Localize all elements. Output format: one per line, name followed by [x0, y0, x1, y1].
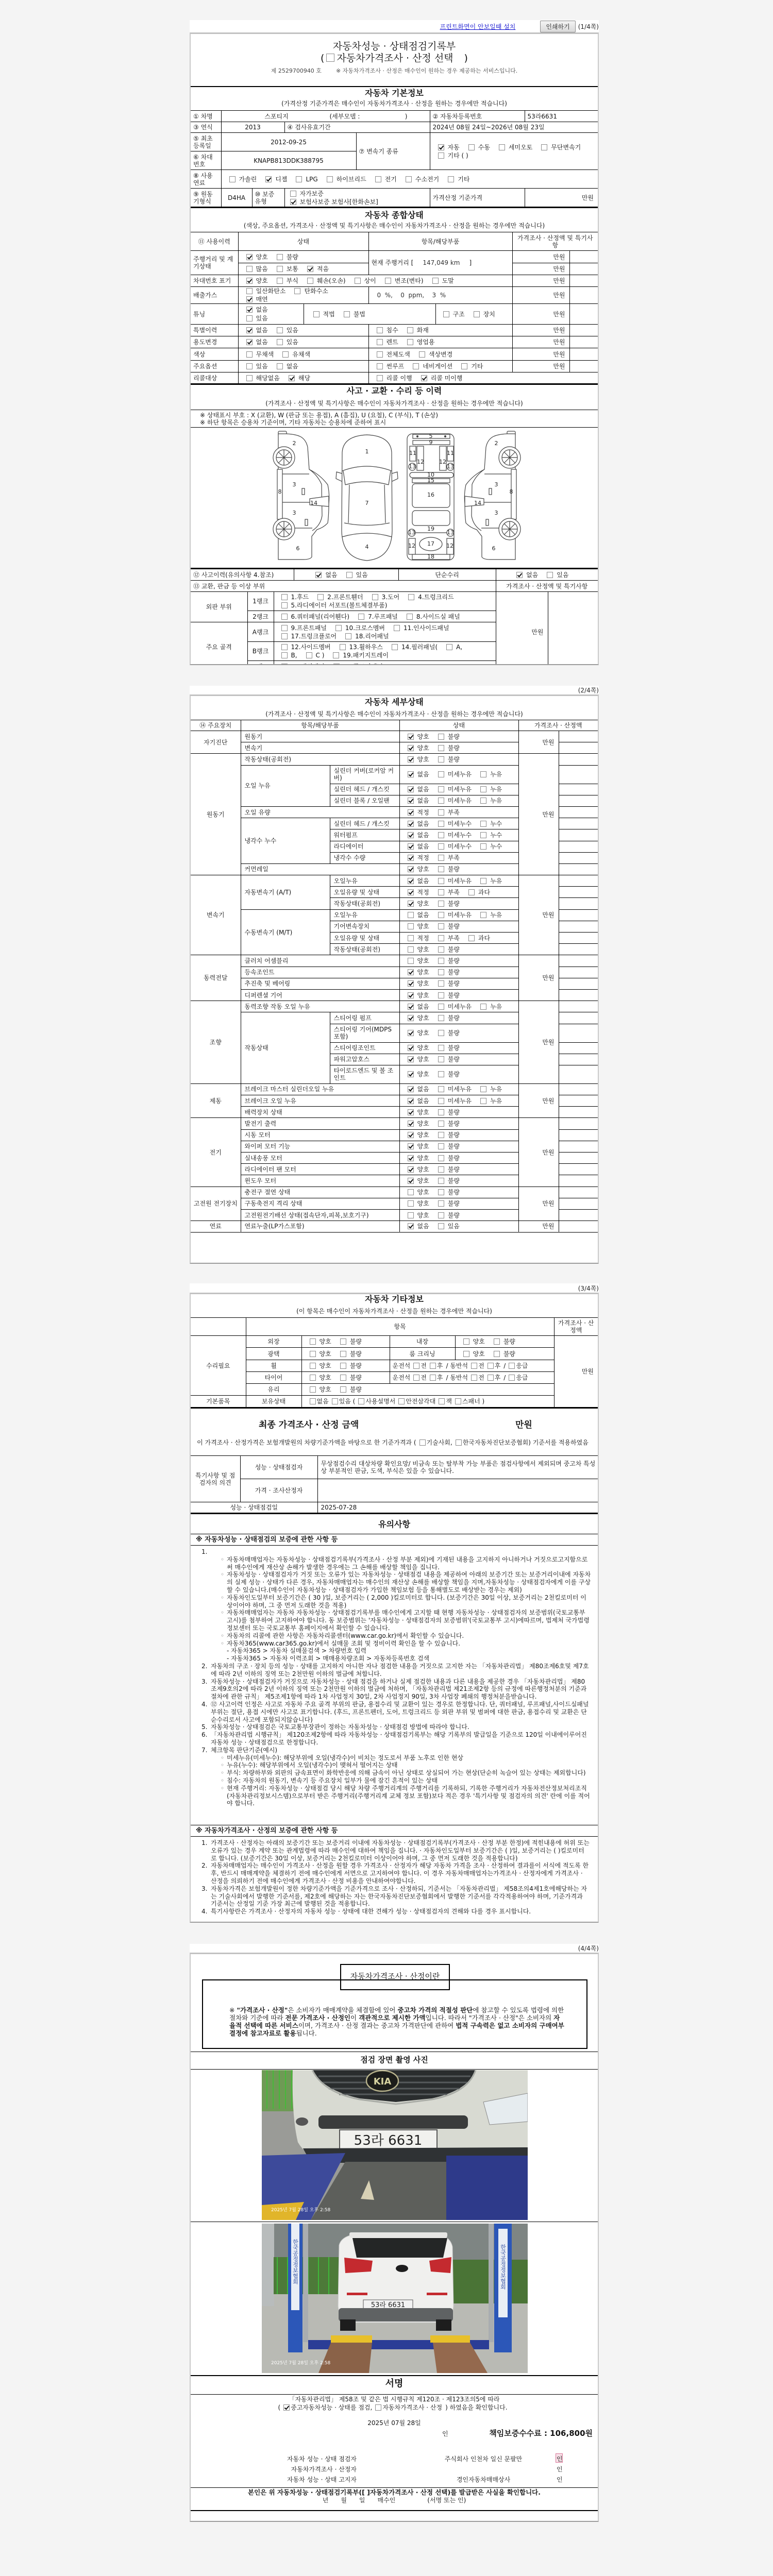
checkbox-option[interactable]: 4.트렁크리드	[408, 593, 453, 601]
checkbox-empty-icon[interactable]	[509, 1363, 515, 1369]
checkbox-option[interactable]: 기타	[461, 362, 483, 370]
checkbox-empty-icon[interactable]	[438, 1121, 444, 1127]
checkbox-empty-icon[interactable]	[408, 923, 414, 929]
checkbox-option[interactable]: 미세누수	[438, 831, 472, 839]
checkbox-empty-icon[interactable]	[344, 311, 350, 317]
checkbox-checked-icon[interactable]	[246, 339, 253, 345]
checkbox-option[interactable]: 없음	[408, 1222, 429, 1230]
checkbox-option[interactable]: 불량	[438, 755, 460, 764]
checkbox-empty-icon[interactable]	[281, 625, 288, 631]
checkbox-option[interactable]: 불량	[340, 1362, 362, 1370]
checkbox-empty-icon[interactable]	[438, 832, 444, 838]
checkbox-empty-icon[interactable]	[281, 594, 288, 600]
checkbox-empty-icon[interactable]	[355, 278, 361, 284]
checkbox-option[interactable]: 있음	[547, 571, 568, 579]
checkbox-option[interactable]: 변조(변타)	[385, 277, 424, 285]
checkbox-checked-icon[interactable]	[246, 254, 253, 260]
checkbox-empty-icon[interactable]	[408, 935, 414, 941]
checkbox-checked-icon[interactable]	[408, 855, 414, 861]
checkbox-empty-icon[interactable]	[281, 602, 288, 608]
checkbox-option[interactable]: 2.프론트휀더	[317, 593, 363, 601]
checkbox-empty-icon[interactable]	[310, 1351, 316, 1357]
checkbox-empty-icon[interactable]	[385, 278, 391, 284]
checkbox-checked-icon[interactable]	[265, 176, 272, 182]
checkbox-option[interactable]: 양호	[408, 1199, 429, 1208]
checkbox-option[interactable]: 없음	[408, 796, 429, 805]
checkbox-option[interactable]: 한국자동차진단보증협회) 기준서를 적용하였음	[456, 1438, 589, 1447]
checkbox-empty-icon[interactable]	[438, 786, 444, 792]
checkbox-empty-icon[interactable]	[246, 315, 253, 321]
checkbox-empty-icon[interactable]	[438, 745, 444, 751]
checkbox-empty-icon[interactable]	[408, 912, 414, 918]
checkbox-option[interactable]: 불량	[438, 979, 460, 988]
checkbox-option[interactable]: 보험사보증 보험사[한화손보]	[290, 198, 378, 206]
checkbox-empty-icon[interactable]	[480, 1004, 486, 1010]
checkbox-option[interactable]: 불량	[438, 1154, 460, 1162]
checkbox-option[interactable]: 양호	[408, 991, 429, 999]
checkbox-checked-icon[interactable]	[408, 1143, 414, 1149]
checkbox-option[interactable]: 16.플로어패널	[333, 663, 383, 666]
checkbox-option[interactable]: 있음	[346, 571, 368, 579]
checkbox-empty-icon[interactable]	[480, 771, 486, 777]
checkbox-option[interactable]: 불량	[438, 1029, 460, 1037]
checkbox-option[interactable]: 응급	[509, 1362, 528, 1370]
checkbox-option[interactable]: 누유	[480, 785, 502, 793]
checkbox-empty-icon[interactable]	[461, 363, 467, 369]
checkbox-empty-icon[interactable]	[438, 1155, 444, 1161]
checkbox-option[interactable]: 불량	[438, 991, 460, 999]
checkbox-empty-icon[interactable]	[480, 798, 486, 804]
checkbox-option[interactable]: 불량	[438, 1120, 460, 1128]
checkbox-option[interactable]: 매연	[246, 295, 268, 303]
checkbox-checked-icon[interactable]	[408, 809, 414, 816]
checkbox-checked-icon[interactable]	[421, 375, 427, 381]
checkbox-option[interactable]: 누수	[480, 831, 502, 839]
checkbox-empty-icon[interactable]	[438, 901, 444, 907]
checkbox-option[interactable]: 양호	[408, 744, 429, 752]
checkbox-option[interactable]: 양호	[408, 1154, 429, 1162]
checkbox-option[interactable]: 전	[471, 1362, 484, 1370]
checkbox-empty-icon[interactable]	[310, 1338, 316, 1345]
checkbox-option[interactable]: 해당없음	[246, 374, 280, 382]
checkbox-empty-icon[interactable]	[317, 594, 324, 600]
checkbox-empty-icon[interactable]	[282, 351, 289, 358]
checkbox-option[interactable]: 미세누유	[438, 1085, 472, 1093]
checkbox-option[interactable]: 불량	[438, 1211, 460, 1219]
checkbox-checked-icon[interactable]	[408, 1086, 414, 1092]
checkbox-option[interactable]: 양호	[408, 945, 429, 954]
checkbox-empty-icon[interactable]	[340, 1351, 346, 1357]
checkbox-option[interactable]: 누유	[480, 1003, 502, 1011]
checkbox-empty-icon[interactable]	[358, 1398, 364, 1404]
checkbox-checked-icon[interactable]	[408, 980, 414, 987]
checkbox-empty-icon[interactable]	[438, 1178, 444, 1184]
checkbox-option[interactable]: 불량	[438, 1142, 460, 1150]
checkbox-empty-icon[interactable]	[340, 644, 346, 650]
checkbox-option[interactable]: 양호	[310, 1350, 331, 1358]
checkbox-option[interactable]: 상이	[355, 277, 376, 285]
checkbox-option[interactable]: 미세누수	[438, 842, 472, 851]
checkbox-option[interactable]: 10.크로스멤버	[335, 624, 385, 632]
checkbox-empty-icon[interactable]	[463, 1351, 469, 1357]
checkbox-option[interactable]: 9.프론트패널	[281, 624, 327, 632]
checkbox-option[interactable]: 미세누유	[438, 796, 472, 805]
checkbox-empty-icon[interactable]	[438, 771, 444, 777]
checkbox-option[interactable]: 15.대쉬패널	[281, 663, 325, 666]
checkbox-option[interactable]: 7.루프패널	[358, 613, 398, 621]
checkbox-empty-icon[interactable]	[246, 375, 253, 381]
checkbox-checked-icon[interactable]	[408, 1121, 414, 1127]
checkbox-empty-icon[interactable]	[443, 311, 449, 317]
checkbox-option[interactable]: 있음	[277, 338, 298, 346]
checkbox-option[interactable]: 불량	[438, 957, 460, 965]
checkbox-option[interactable]: 누수	[480, 820, 502, 828]
checkbox-option[interactable]: 수소전기	[406, 175, 439, 183]
checkbox-option[interactable]: 불량	[494, 1350, 515, 1358]
checkbox-empty-icon[interactable]	[392, 644, 398, 650]
checkbox-option[interactable]: 수동	[468, 143, 490, 151]
checkbox-option[interactable]: 양호	[408, 1044, 429, 1052]
checkbox-empty-icon[interactable]	[438, 756, 444, 762]
checkbox-option[interactable]: 불량	[438, 1188, 460, 1196]
checkbox-option[interactable]: 불량	[438, 744, 460, 752]
checkbox-empty-icon[interactable]	[335, 625, 342, 631]
checkbox-option[interactable]: 불량	[438, 968, 460, 976]
checkbox-option[interactable]: 양호	[408, 1120, 429, 1128]
checkbox-empty-icon[interactable]	[480, 912, 486, 918]
checkbox-empty-icon[interactable]	[438, 1212, 444, 1218]
checkbox-option[interactable]: 양호	[310, 1374, 331, 1382]
checkbox-option[interactable]: 양호	[408, 1131, 429, 1139]
checkbox-empty-icon[interactable]	[446, 644, 452, 650]
checkbox-option[interactable]: 누유	[480, 877, 502, 885]
checkbox-option[interactable]: 불량	[438, 1014, 460, 1022]
checkbox-option[interactable]: 전	[413, 1362, 427, 1370]
checkbox-option[interactable]: 없음	[246, 338, 268, 346]
checkbox-empty-icon[interactable]	[290, 191, 296, 197]
checkbox-option[interactable]: 없음	[408, 842, 429, 851]
checkbox-option[interactable]: 3.도어	[372, 593, 400, 601]
checkbox-option[interactable]: 양호	[463, 1337, 485, 1346]
checkbox-empty-icon[interactable]	[494, 1351, 500, 1357]
checkbox-option[interactable]: 없음	[246, 306, 301, 314]
checkbox-option[interactable]: 미세누유	[438, 785, 472, 793]
checkbox-empty-icon[interactable]	[463, 1338, 469, 1345]
checkbox-empty-icon[interactable]	[494, 1338, 500, 1345]
checkbox-checked-icon[interactable]	[246, 278, 253, 284]
checkbox-option[interactable]: 없음	[408, 1085, 429, 1093]
checkbox-empty-icon[interactable]	[375, 2404, 381, 2411]
checkbox-option[interactable]: LPG	[296, 175, 317, 183]
checkbox-option[interactable]: 양호	[408, 968, 429, 976]
checkbox-empty-icon[interactable]	[333, 652, 339, 658]
checkbox-option[interactable]: 썬루프	[377, 362, 405, 370]
checkbox-empty-icon[interactable]	[281, 652, 288, 658]
checkbox-option[interactable]: 세미오토	[499, 143, 532, 151]
checkbox-option[interactable]: 누유	[480, 770, 502, 778]
checkbox-option[interactable]: 색상변경	[419, 350, 452, 359]
checkbox-option[interactable]: 미세누유	[438, 911, 472, 919]
checkbox-empty-icon[interactable]	[471, 1375, 477, 1381]
checkbox-checked-icon[interactable]	[408, 1178, 414, 1184]
checkbox-option[interactable]: 없음	[315, 571, 337, 579]
checkbox-option[interactable]: 양호	[408, 865, 429, 873]
checkbox-option[interactable]: 없음	[408, 1003, 429, 1011]
checkbox-checked-icon[interactable]	[408, 889, 414, 895]
checkbox-option[interactable]: 양호	[408, 957, 429, 965]
checkbox-option[interactable]: 11.인사이드패널	[394, 624, 449, 632]
checkbox-empty-icon[interactable]	[413, 363, 419, 369]
checkbox-empty-icon[interactable]	[438, 1071, 444, 1077]
checkbox-option[interactable]: 불량	[277, 253, 298, 261]
checkbox-option[interactable]: 렌트	[377, 338, 398, 346]
checkbox-empty-icon[interactable]	[438, 1045, 444, 1051]
checkbox-option[interactable]: 화재	[407, 326, 429, 334]
checkbox-option[interactable]: 있음	[438, 1222, 460, 1230]
print-button[interactable]: 인쇄하기	[540, 21, 575, 32]
checkbox-option[interactable]: 영업용	[407, 338, 435, 346]
checkbox-option[interactable]: 18.리어패널	[345, 632, 389, 640]
checkbox-option[interactable]: 없음	[408, 770, 429, 778]
checkbox-empty-icon[interactable]	[313, 311, 320, 317]
checkbox-option[interactable]: 불량	[438, 733, 460, 741]
checkbox-option[interactable]: 과다	[468, 888, 490, 896]
checkbox-option[interactable]: 없음	[408, 820, 429, 828]
checkbox-checked-icon[interactable]	[408, 901, 414, 907]
checkbox-empty-icon[interactable]	[438, 958, 444, 964]
checkbox-option[interactable]: 있음	[246, 362, 268, 370]
checkbox-empty-icon[interactable]	[332, 1398, 338, 1404]
checkbox-checked-icon[interactable]	[408, 843, 414, 850]
checkbox-empty-icon[interactable]	[408, 1189, 414, 1195]
checkbox-empty-icon[interactable]	[326, 54, 334, 62]
checkbox-option[interactable]: 누유	[480, 1085, 502, 1093]
checkbox-empty-icon[interactable]	[358, 614, 364, 620]
checkbox-option[interactable]: 양호	[463, 1350, 485, 1358]
checkbox-empty-icon[interactable]	[281, 633, 288, 639]
checkbox-option[interactable]: 전체도색	[377, 350, 410, 359]
checkbox-empty-icon[interactable]	[229, 176, 236, 182]
checkbox-option[interactable]: 누유	[480, 1097, 502, 1105]
checkbox-option[interactable]: 양호	[246, 277, 268, 285]
checkbox-option[interactable]: 양호	[310, 1362, 331, 1370]
checkbox-option[interactable]: 불량	[340, 1385, 362, 1394]
checkbox-option[interactable]: 양호	[310, 1337, 331, 1346]
checkbox-option[interactable]: 부족	[438, 888, 460, 896]
checkbox-option[interactable]: 중고자동차성능 · 상태를 점검,	[283, 2403, 372, 2412]
checkbox-checked-icon[interactable]	[408, 992, 414, 998]
checkbox-option[interactable]: 14.필러패널(	[392, 643, 438, 651]
checkbox-option[interactable]: 양호	[408, 979, 429, 988]
checkbox-empty-icon[interactable]	[438, 980, 444, 987]
checkbox-empty-icon[interactable]	[438, 1098, 444, 1104]
checkbox-empty-icon[interactable]	[474, 311, 480, 317]
checkbox-empty-icon[interactable]	[346, 572, 352, 578]
checkbox-empty-icon[interactable]	[407, 614, 413, 620]
checkbox-empty-icon[interactable]	[408, 1200, 414, 1207]
checkbox-option[interactable]: 양호	[408, 1055, 429, 1063]
checkbox-option[interactable]: 누수	[480, 842, 502, 851]
checkbox-empty-icon[interactable]	[488, 1363, 494, 1369]
checkbox-checked-icon[interactable]	[289, 375, 295, 381]
checkbox-empty-icon[interactable]	[438, 912, 444, 918]
checkbox-empty-icon[interactable]	[480, 843, 486, 850]
checkbox-checked-icon[interactable]	[408, 756, 414, 762]
checkbox-empty-icon[interactable]	[430, 1375, 436, 1381]
checkbox-option[interactable]: 하이브리드	[327, 175, 366, 183]
checkbox-checked-icon[interactable]	[283, 2404, 290, 2411]
checkbox-empty-icon[interactable]	[340, 1375, 346, 1381]
checkbox-empty-icon[interactable]	[246, 363, 253, 369]
checkbox-option[interactable]: 응급	[509, 1374, 528, 1382]
checkbox-empty-icon[interactable]	[296, 176, 302, 182]
checkbox-option[interactable]: 양호	[408, 1029, 429, 1037]
checkbox-empty-icon[interactable]	[333, 664, 340, 666]
checkbox-empty-icon[interactable]	[480, 1086, 486, 1092]
checkbox-option[interactable]: 없음	[408, 877, 429, 885]
checkbox-empty-icon[interactable]	[438, 734, 444, 740]
checkbox-checked-icon[interactable]	[408, 1015, 414, 1021]
checkbox-empty-icon[interactable]	[438, 946, 444, 953]
checkbox-option[interactable]: 디젤	[265, 175, 287, 183]
checkbox-checked-icon[interactable]	[408, 798, 414, 804]
checkbox-option[interactable]: 양호	[408, 1211, 429, 1219]
checkbox-option[interactable]: 리콜 미이행	[421, 374, 463, 382]
checkbox-empty-icon[interactable]	[488, 1375, 494, 1381]
checkbox-option[interactable]: 양호	[246, 253, 268, 261]
checkbox-checked-icon[interactable]	[307, 266, 313, 272]
checkbox-empty-icon[interactable]	[438, 889, 444, 895]
checkbox-empty-icon[interactable]	[340, 1386, 346, 1393]
checkbox-option[interactable]: 전기	[375, 175, 397, 183]
checkbox-option[interactable]: 불량	[494, 1337, 515, 1346]
checkbox-checked-icon[interactable]	[408, 786, 414, 792]
checkbox-empty-icon[interactable]	[277, 254, 283, 260]
checkbox-option[interactable]: 양호	[408, 733, 429, 741]
checkbox-option[interactable]: 없음	[246, 326, 268, 334]
checkbox-option[interactable]: 17.트렁크플로어	[281, 632, 337, 640]
checkbox-option[interactable]: 후	[430, 1374, 443, 1382]
checkbox-empty-icon[interactable]	[430, 1363, 436, 1369]
checkbox-empty-icon[interactable]	[408, 946, 414, 953]
checkbox-option[interactable]: 적정	[408, 888, 429, 896]
checkbox-checked-icon[interactable]	[516, 572, 523, 578]
checkbox-option[interactable]: 미세누유	[438, 877, 472, 885]
checkbox-empty-icon[interactable]	[408, 958, 414, 964]
checkbox-option[interactable]: 자가보증	[290, 190, 324, 198]
checkbox-option[interactable]: 누유	[480, 796, 502, 805]
checkbox-checked-icon[interactable]	[408, 1045, 414, 1051]
checkbox-empty-icon[interactable]	[438, 821, 444, 827]
checkbox-option[interactable]: 스패너 )	[455, 1397, 484, 1405]
checkbox-option[interactable]: 없음	[310, 1397, 329, 1405]
checkbox-empty-icon[interactable]	[277, 278, 283, 284]
checkbox-option[interactable]: 불량	[438, 1177, 460, 1185]
checkbox-option[interactable]: 양호	[408, 1188, 429, 1196]
checkbox-empty-icon[interactable]	[438, 992, 444, 998]
checkbox-checked-icon[interactable]	[408, 1056, 414, 1062]
checkbox-empty-icon[interactable]	[419, 351, 425, 358]
checkbox-empty-icon[interactable]	[277, 363, 283, 369]
checkbox-empty-icon[interactable]	[468, 935, 475, 941]
checkbox-option[interactable]: 없음	[516, 571, 538, 579]
checkbox-option[interactable]: 불량	[438, 1055, 460, 1063]
checkbox-option[interactable]: 없음	[408, 911, 429, 919]
checkbox-empty-icon[interactable]	[310, 1363, 316, 1369]
checkbox-empty-icon[interactable]	[438, 969, 444, 975]
checkbox-empty-icon[interactable]	[438, 1189, 444, 1195]
checkbox-option[interactable]: 가솔린	[229, 175, 257, 183]
checkbox-empty-icon[interactable]	[408, 1212, 414, 1218]
checkbox-empty-icon[interactable]	[438, 935, 444, 941]
checkbox-option[interactable]: 리콜 이행	[377, 374, 412, 382]
checkbox-option[interactable]: 기술사회,	[419, 1438, 452, 1447]
checkbox-empty-icon[interactable]	[480, 821, 486, 827]
checkbox-checked-icon[interactable]	[408, 969, 414, 975]
checkbox-option[interactable]: 없음	[277, 362, 298, 370]
checkbox-empty-icon[interactable]	[372, 594, 378, 600]
checkbox-empty-icon[interactable]	[310, 1398, 316, 1404]
checkbox-empty-icon[interactable]	[277, 266, 283, 272]
checkbox-empty-icon[interactable]	[438, 1200, 444, 1207]
checkbox-checked-icon[interactable]	[408, 821, 414, 827]
checkbox-empty-icon[interactable]	[394, 625, 400, 631]
checkbox-empty-icon[interactable]	[246, 288, 253, 294]
checkbox-empty-icon[interactable]	[277, 339, 283, 345]
checkbox-empty-icon[interactable]	[448, 176, 454, 182]
checkbox-empty-icon[interactable]	[438, 809, 444, 816]
checkbox-empty-icon[interactable]	[439, 1398, 445, 1404]
checkbox-option[interactable]: 전	[471, 1374, 484, 1382]
checkbox-empty-icon[interactable]	[306, 652, 312, 658]
checkbox-checked-icon[interactable]	[408, 1109, 414, 1115]
checkbox-empty-icon[interactable]	[438, 1109, 444, 1115]
checkbox-checked-icon[interactable]	[408, 734, 414, 740]
checkbox-checked-icon[interactable]	[438, 144, 444, 150]
checkbox-empty-icon[interactable]	[438, 152, 444, 159]
checkbox-empty-icon[interactable]	[377, 375, 383, 381]
checkbox-empty-icon[interactable]	[438, 878, 444, 884]
checkbox-empty-icon[interactable]	[438, 1030, 444, 1036]
checkbox-empty-icon[interactable]	[281, 644, 288, 650]
checkbox-option[interactable]: 불량	[438, 1199, 460, 1208]
checkbox-checked-icon[interactable]	[408, 1132, 414, 1138]
checkbox-option[interactable]: 많음	[246, 265, 268, 273]
checkbox-empty-icon[interactable]	[456, 1439, 462, 1446]
checkbox-option[interactable]: 침수	[377, 326, 398, 334]
checkbox-empty-icon[interactable]	[413, 1363, 419, 1369]
checkbox-option[interactable]: 후	[488, 1374, 501, 1382]
checkbox-option[interactable]: 무단변속기	[541, 143, 581, 151]
checkbox-option[interactable]: 유채색	[282, 350, 310, 359]
checkbox-option[interactable]: 불량	[340, 1374, 362, 1382]
checkbox-option[interactable]: 있음	[277, 326, 298, 334]
checkbox-option[interactable]: 12.사이드멤버	[281, 643, 331, 651]
checkbox-option[interactable]: 네비게이션	[413, 362, 452, 370]
checkbox-option[interactable]: 불량	[438, 900, 460, 908]
checkbox-checked-icon[interactable]	[290, 199, 296, 205]
checkbox-checked-icon[interactable]	[408, 832, 414, 838]
checkbox-option[interactable]: 후	[488, 1362, 501, 1370]
checkbox-option[interactable]: 자동차가격조사 · 산정	[375, 2403, 442, 2412]
checkbox-option[interactable]: 불량	[438, 1108, 460, 1116]
checkbox-empty-icon[interactable]	[438, 798, 444, 804]
checkbox-empty-icon[interactable]	[246, 266, 253, 272]
checkbox-option[interactable]: 도말	[432, 277, 454, 285]
checkbox-empty-icon[interactable]	[480, 832, 486, 838]
checkbox-empty-icon[interactable]	[438, 1015, 444, 1021]
checkbox-option[interactable]: 미세누유	[438, 1097, 472, 1105]
